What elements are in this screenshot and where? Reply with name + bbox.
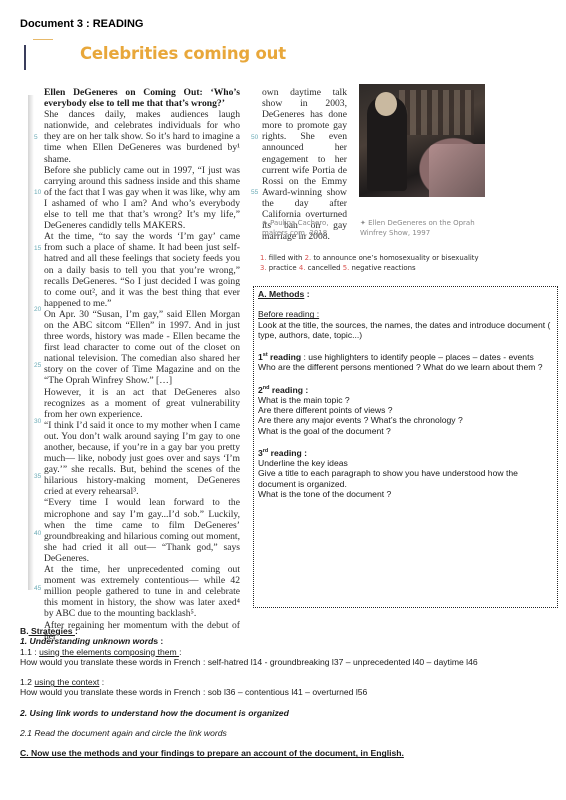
strategy-1-1-label: 1.1 : using the elements composing them … [20, 647, 550, 657]
second-reading-question: Are there different points of views ? [258, 405, 553, 415]
line-number: 30 [34, 418, 41, 425]
strategy-1-title: 1. Understanding unknown words : [20, 636, 550, 646]
glossary: 1. filled with 2. to announce one’s homo… [260, 253, 480, 273]
methods-box: A. Methods : Before reading : Look at th… [253, 286, 558, 608]
line-number: 5 [34, 134, 38, 141]
line-number: 15 [34, 245, 41, 252]
third-reading-label: 3rd reading : [258, 446, 553, 458]
paragraph: “I think I’d said it once to my mother w… [44, 420, 240, 498]
glossary-definition: negative reactions [351, 264, 415, 272]
third-reading-task: Underline the key ideas [258, 458, 553, 468]
line-number: 35 [34, 473, 41, 480]
paragraph: Before she publicly came out in 1997, “I… [44, 165, 240, 232]
line-number: 55 [251, 189, 258, 196]
glossary-number: 4. [299, 264, 306, 272]
third-reading-task: Give a title to each paragraph to show y… [258, 468, 553, 489]
section-c-title: C. Now use the methods and your findings… [20, 748, 550, 758]
paragraph: At the time, her unprecedented coming ou… [44, 564, 240, 619]
strategies-title: B. Strategies : [20, 626, 550, 636]
glossary-definition: practice [269, 264, 297, 272]
paragraph: However, it is an act that DeGeneres als… [44, 387, 240, 420]
accent-line [33, 39, 53, 40]
paragraph: At the time, “to say the words ‘I’m gay’… [44, 231, 240, 309]
article-title: Celebrities coming out [80, 44, 286, 63]
glossary-number: 2. [305, 254, 312, 262]
glossary-definition: cancelled [308, 264, 341, 272]
second-reading-question: Are there any major events ? What’s the … [258, 415, 553, 425]
page-edge-shadow [28, 95, 34, 590]
article-left-column: Ellen DeGeneres on Coming Out: ‘Who’s ev… [44, 87, 240, 642]
glossary-definition: to announce one’s homosexuality or bisex… [313, 254, 478, 262]
paragraph: She dances daily, makes audiences laugh … [44, 109, 240, 164]
strategy-2-title: 2. Using link words to understand how th… [20, 708, 550, 718]
first-reading: 1st reading : use highlighters to identi… [258, 350, 553, 362]
line-number: 10 [34, 189, 41, 196]
glossary-number: 5. [343, 264, 350, 272]
photo-caption: ✦ Ellen DeGeneres on the Oprah Winfrey S… [360, 219, 490, 238]
strategy-1-2-label: 1.2 using the context : [20, 677, 550, 687]
third-reading-task: What is the tone of the document ? [258, 489, 553, 499]
line-number: 45 [34, 585, 41, 592]
glossary-number: 1. [260, 254, 267, 262]
line-number: 40 [34, 530, 41, 537]
paragraph: “Every time I would lean forward to the … [44, 497, 240, 564]
second-reading-question: What is the main topic ? [258, 395, 553, 405]
before-reading-label: Before reading : [258, 309, 553, 319]
strategy-2-1-text: 2.1 Read the document again and circle t… [20, 728, 550, 738]
line-number: 20 [34, 306, 41, 313]
paragraph: On Apr. 30 “Susan, I’m gay,” said Ellen … [44, 309, 240, 387]
document-header: Document 3 : READING [20, 18, 143, 30]
glossary-definition: filled with [269, 254, 303, 262]
second-reading-question: What is the goal of the document ? [258, 426, 553, 436]
line-number: 25 [34, 362, 41, 369]
strategy-1-2-text: How would you translate these words in F… [20, 687, 550, 697]
side-bar [24, 45, 26, 70]
strategy-1-1-text: How would you translate these words in F… [20, 657, 550, 667]
line-number: 50 [251, 134, 258, 141]
second-reading-label: 2nd reading : [258, 383, 553, 395]
article-heading: Ellen DeGeneres on Coming Out: ‘Who’s ev… [44, 87, 240, 109]
before-reading-text: Look at the title, the sources, the name… [258, 320, 553, 341]
ellen-photo [359, 84, 485, 197]
methods-title: A. Methods : [258, 289, 553, 299]
glossary-number: 3. [260, 264, 267, 272]
strategies-section: B. Strategies : 1. Understanding unknown… [20, 626, 550, 759]
first-reading-question: Who are the different persons mentioned … [258, 362, 553, 372]
source-credit: ✦ Paulina Cachero, makers.com, 2018 [262, 219, 352, 238]
